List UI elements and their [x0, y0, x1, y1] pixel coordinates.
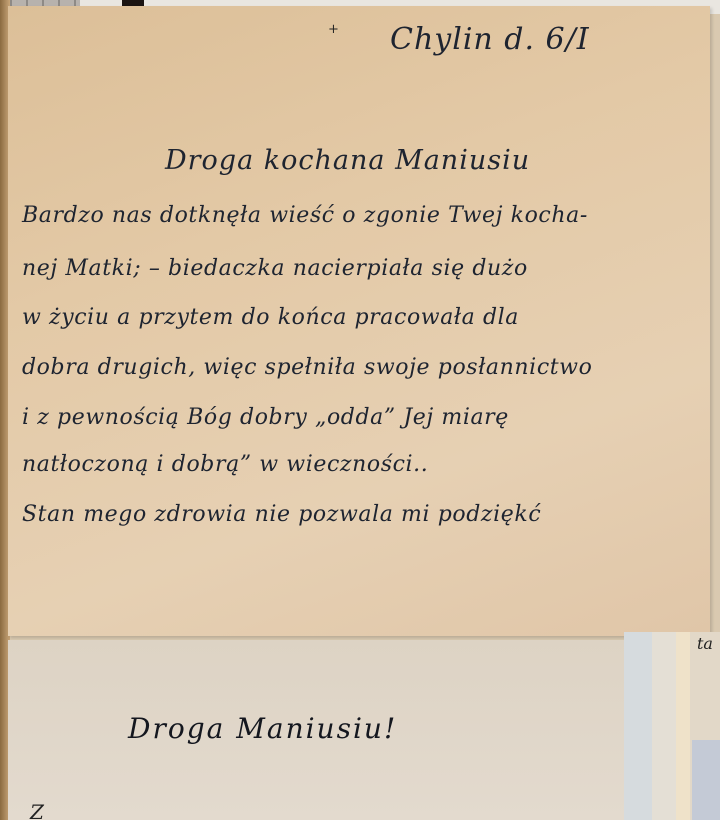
place-date: Chylin d. 6/I: [390, 22, 590, 57]
salutation-page-2: Droga Maniusiu!: [128, 712, 397, 745]
letter-line: nej Matki; – biedaczka nacierpiała się d…: [22, 256, 528, 281]
salutation: Droga kochana Maniusiu: [165, 145, 530, 176]
partial-line: Z: [30, 800, 44, 820]
margin-mark: ta: [697, 634, 713, 653]
letter-line: i z pewnością Bóg dobry „odda” Jej miarę: [22, 405, 509, 430]
letter-line: dobra drugich, więc spełniła swoje posła…: [22, 355, 592, 380]
letter-line: Stan mego zdrowia nie pozwala mi podzięk…: [22, 502, 541, 527]
letter-line: natłoczoną i dobrą” w wieczności..: [22, 452, 428, 477]
stacked-papers-edge: [624, 632, 720, 820]
cross-mark: +: [328, 22, 339, 37]
blue-paper-corner: [692, 740, 720, 820]
letter-line: Bardzo nas dotknęła wieść o zgonie Twej …: [22, 203, 588, 228]
letter-line: w życiu a przytem do końca pracowała dla: [22, 305, 519, 330]
